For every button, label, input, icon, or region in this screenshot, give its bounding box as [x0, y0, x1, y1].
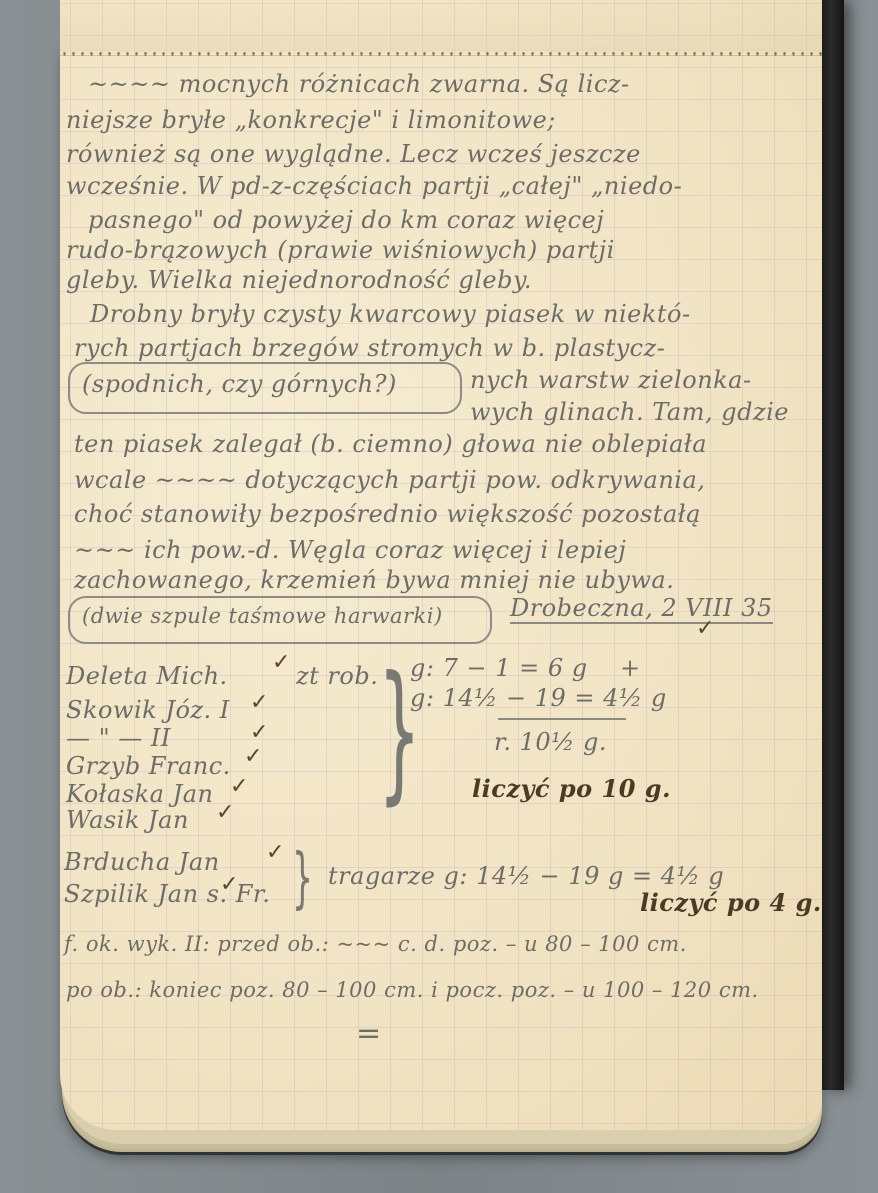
curly-brace-icon: } [292, 842, 313, 914]
text-line: pasnego" od powyżej do km coraz więcej [88, 206, 604, 234]
text-line: rych partjach brzegów stromych w b. plas… [74, 334, 665, 362]
text-line: również są one wyglądne. Lecz wcześ jesz… [66, 140, 641, 168]
text-line: rudo-brązowych (prawie wiśniowych) partj… [66, 236, 615, 264]
perforation-line [60, 52, 822, 56]
boxed-note-text: (dwie szpule taśmowe harwarki) [82, 604, 443, 628]
worker-note: tragarze g: 14½ − 19 g = 4½ g [328, 862, 724, 890]
ink-note: liczyć po 10 g. [472, 774, 671, 803]
text-line: Drobny bryły czysty kwarcowy piasek w ni… [90, 300, 691, 328]
text-line: ~~~ ich pow.-d. Węgla coraz więcej i lep… [74, 536, 626, 564]
notebook: ~~~~ mocnych różnicach zwarna. Są licz- … [60, 0, 830, 1150]
text-line: ~~~~ mocnych różnicach zwarna. Są licz- [88, 70, 630, 98]
text-line: gleby. Wielka niejednorodność gleby. [66, 266, 532, 294]
end-mark: = [356, 1016, 382, 1051]
text-line: wcześnie. W pd-z-częściach partji „całej… [66, 172, 682, 200]
text-line: ten piasek zalegał (b. ciemno) głowa nie… [74, 430, 707, 458]
worker-name: — " — II [66, 724, 171, 752]
check-mark-icon: ✓ [220, 872, 238, 897]
notebook-page: ~~~~ mocnych różnicach zwarna. Są licz- … [60, 0, 822, 1130]
text-line: f. ok. wyk. II: przed ob.: ~~~ c. d. poz… [64, 932, 687, 956]
plus-sign: + [620, 654, 641, 682]
text-line: wcale ~~~~ dotyczących partji pow. odkry… [74, 466, 705, 494]
worker-name: Wasik Jan [66, 806, 189, 834]
worker-name: Szpilik Jan s. Fr. [64, 880, 270, 908]
notebook-binding [822, 0, 844, 1090]
sum-rule [498, 718, 626, 720]
check-mark-icon: ✓ [272, 650, 290, 675]
check-mark-icon: ✓ [250, 720, 268, 745]
calculation-line: g: 14½ − 19 = 4½ g [410, 684, 667, 712]
worker-name: Kołaska Jan [66, 780, 214, 808]
check-mark-icon: ✓ [266, 840, 284, 865]
boxed-note-text: (spodnich, czy górnych?) [82, 370, 397, 398]
check-mark-icon: ✓ [696, 616, 714, 641]
calculation-line: g: 7 − 1 = 6 g [410, 654, 588, 682]
worker-name: Grzyb Franc. [66, 752, 231, 780]
check-mark-icon: ✓ [250, 690, 268, 715]
text-line: niejsze bryłe „konkrecje" i limonitowe; [66, 106, 556, 134]
text-line: choć stanowiły bezpośrednio większość po… [74, 500, 701, 528]
worker-name: Brducha Jan [64, 848, 220, 876]
ink-note: liczyć po 4 g. [640, 888, 822, 917]
check-mark-icon: ✓ [244, 744, 262, 769]
check-mark-icon: ✓ [216, 800, 234, 825]
torn-stub [60, 0, 822, 52]
worker-name: Skowik Józ. I [66, 696, 230, 724]
worker-note: zt rob. [296, 662, 378, 690]
text-line: zachowanego, krzemień bywa mniej nie uby… [74, 566, 674, 594]
check-mark-icon: ✓ [230, 774, 248, 799]
worker-name: Deleta Mich. [66, 662, 228, 690]
date-signature: Drobeczna, 2 VIII 35 [510, 594, 773, 624]
text-line: wych glinach. Tam, gdzie [470, 398, 789, 426]
text-line: po ob.: koniec poz. 80 – 100 cm. i pocz.… [66, 978, 759, 1002]
text-line: nych warstw zielonka- [470, 366, 752, 394]
calculation-total: r. 10½ g. [494, 728, 607, 756]
